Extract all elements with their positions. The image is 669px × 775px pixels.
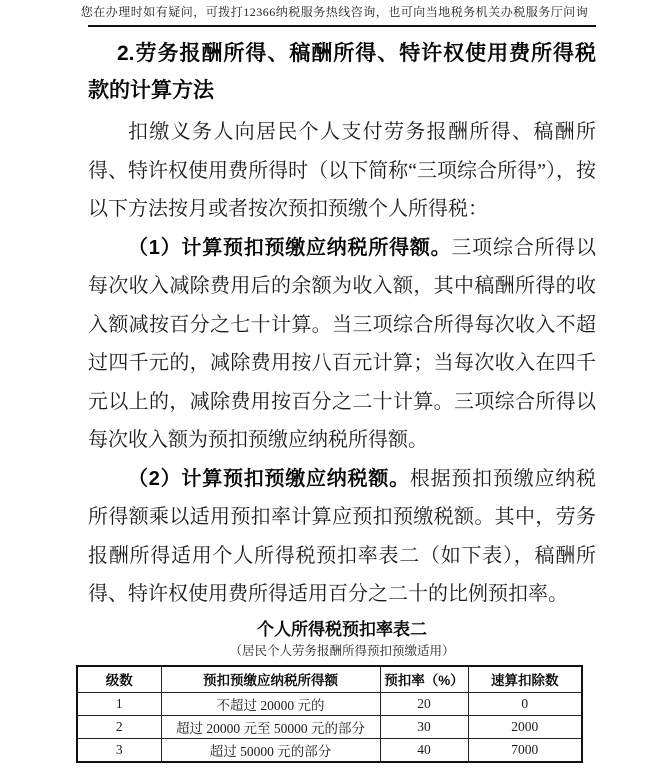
table-header-row: 级数 预扣预缴应纳税所得额 预扣率（%） 速算扣除数 <box>77 666 582 693</box>
table-title: 个人所得税预扣率表二 <box>88 617 596 643</box>
page-header-notice: 您在办理时如有疑问，可拨打12366纳税服务热线咨询，也可向当地税务机关办税服务… <box>0 0 669 20</box>
cell-amount: 超过 50000 元的部分 <box>161 738 380 762</box>
document-body: 2.劳务报酬所得、稿酬所得、特许权使用费所得税款的计算方法 扣缴义务人向居民个人… <box>88 35 596 775</box>
cell-grade: 2 <box>77 715 161 738</box>
paragraph-step1-body: 三项综合所得以每次收入减除费用后的余额为收入额，其中稿酬所得的收入额减按百分之七… <box>88 237 596 452</box>
cell-grade: 3 <box>77 738 161 762</box>
table-row: 1 不超过 20000 元的 20 0 <box>77 692 582 715</box>
table-row: 2 超过 20000 元至 50000 元的部分 30 2000 <box>77 715 582 738</box>
section-heading: 2.劳务报酬所得、稿酬所得、特许权使用费所得税款的计算方法 <box>88 35 596 109</box>
cell-amount: 不超过 20000 元的 <box>161 692 380 715</box>
header-cell-rate: 预扣率（%） <box>380 666 468 693</box>
cell-quick: 7000 <box>468 738 582 762</box>
cell-rate: 40 <box>380 738 468 762</box>
paragraph-step2: （2）计算预扣预缴应纳税额。根据预扣预缴应纳税所得额乘以适用预扣率计算应预扣预缴… <box>88 460 596 614</box>
cell-quick: 2000 <box>468 715 582 738</box>
withholding-rate-table: 级数 预扣预缴应纳税所得额 预扣率（%） 速算扣除数 1 不超过 20000 元… <box>76 665 583 763</box>
header-divider <box>88 25 596 27</box>
paragraph-step2-lead: （2）计算预扣预缴应纳税额。 <box>128 468 410 490</box>
paragraph-step1: （1）计算预扣预缴应纳税所得额。三项综合所得以每次收入减除费用后的余额为收入额，… <box>88 229 596 460</box>
document-page: 您在办理时如有疑问，可拨打12366纳税服务热线咨询，也可向当地税务机关办税服务… <box>0 0 669 775</box>
header-cell-quick: 速算扣除数 <box>468 666 582 693</box>
header-cell-grade: 级数 <box>77 666 161 693</box>
cell-grade: 1 <box>77 692 161 715</box>
paragraph-step1-lead: （1）计算预扣预缴应纳税所得额。 <box>128 237 451 259</box>
cell-quick: 0 <box>468 692 582 715</box>
table-row: 3 超过 50000 元的部分 40 7000 <box>77 738 582 762</box>
paragraph-intro: 扣缴义务人向居民个人支付劳务报酬所得、稿酬所得、特许权使用费所得时（以下简称“三… <box>88 113 596 229</box>
cell-rate: 30 <box>380 715 468 738</box>
cell-amount: 超过 20000 元至 50000 元的部分 <box>161 715 380 738</box>
table-subtitle: （居民个人劳务报酬所得预扣预缴适用） <box>88 643 596 660</box>
cell-rate: 20 <box>380 692 468 715</box>
header-cell-amount: 预扣预缴应纳税所得额 <box>161 666 380 693</box>
